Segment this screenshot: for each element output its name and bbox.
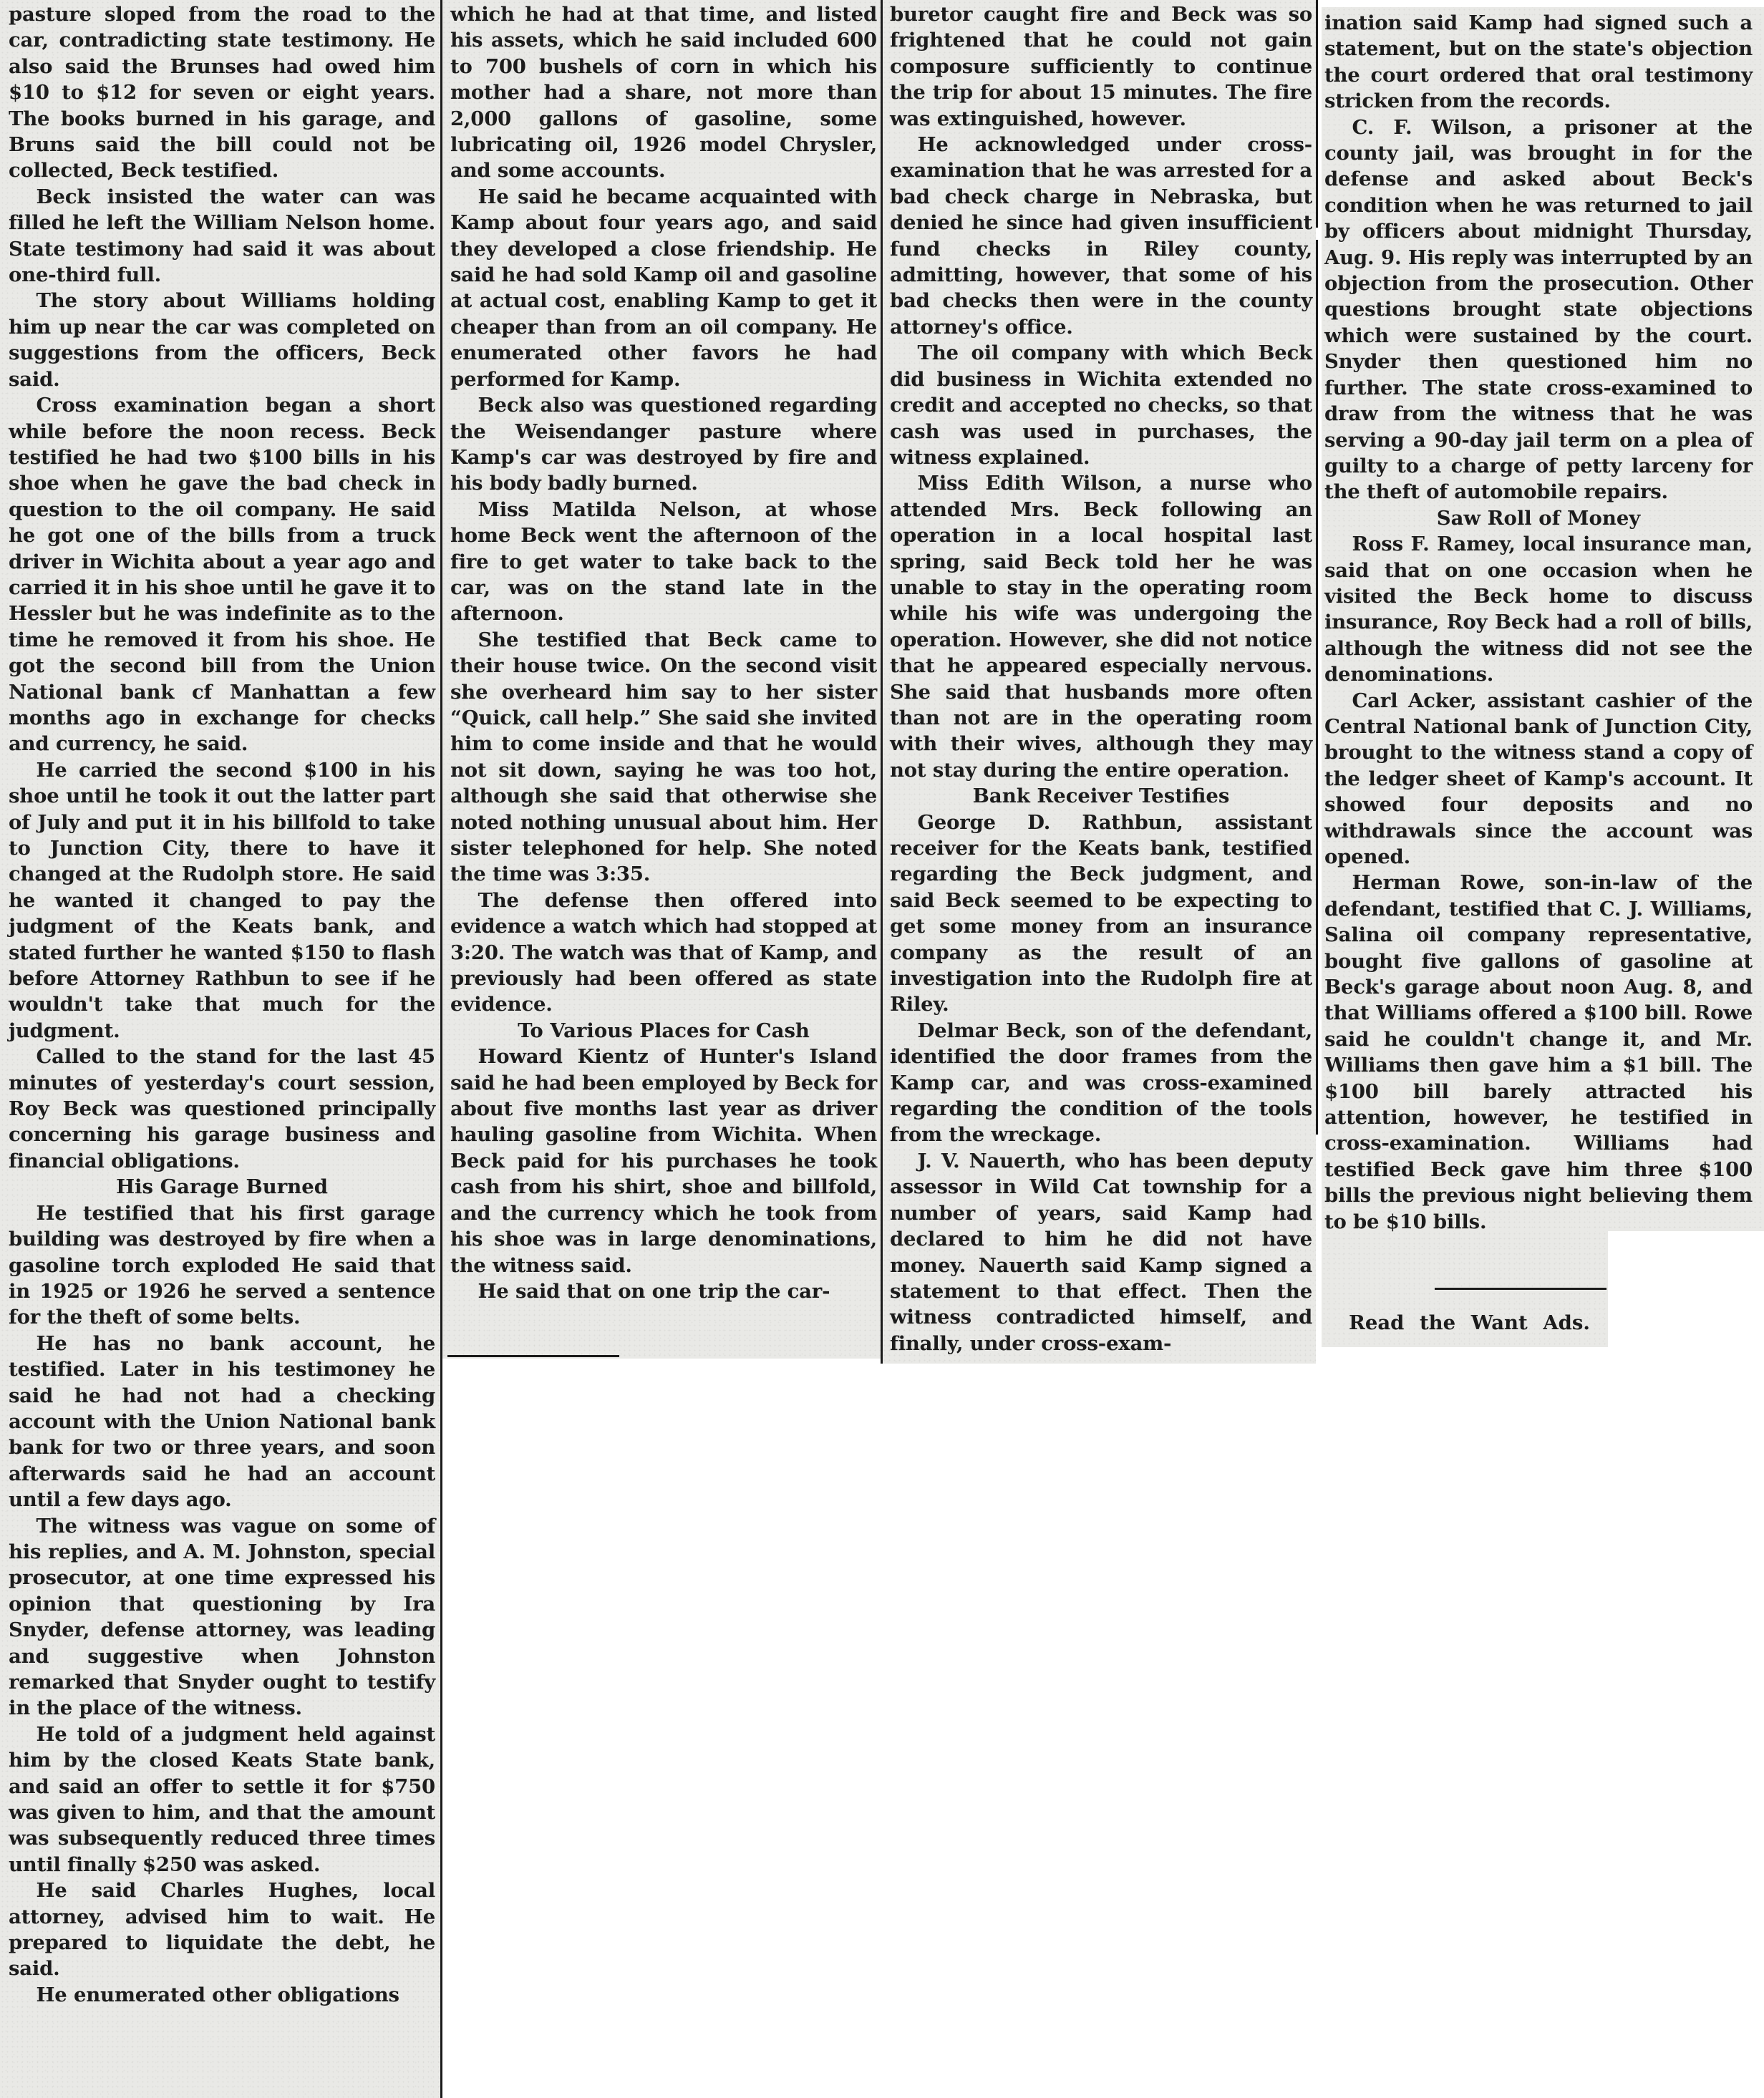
paragraph: He carried the second $100 in his shoe u… — [9, 757, 435, 1044]
article-column-2: which he had at that time, and listed hi… — [450, 1, 877, 1304]
paragraph: Ross F. Ramey, local insurance man, said… — [1324, 531, 1753, 687]
paragraph: J. V. Nauerth, who has been deputy asses… — [890, 1148, 1312, 1356]
paragraph: The witness was vague on some of his rep… — [9, 1513, 435, 1721]
subheading: Saw Roll of Money — [1324, 505, 1753, 531]
paragraph: He acknowledged under cross-examination … — [890, 132, 1312, 340]
paragraph: Miss Matilda Nelson, at whose home Beck … — [450, 497, 877, 627]
continued-paragraph: ination said Kamp had signed such a stat… — [1324, 10, 1753, 115]
paragraph: He has no bank account, he testified. La… — [9, 1331, 435, 1513]
paragraph: The oil company with which Beck did busi… — [890, 340, 1312, 470]
paragraph: George D. Rathbun, assistant receiver fo… — [890, 810, 1312, 1018]
paragraph: The defense then offered into evidence a… — [450, 888, 877, 1018]
paragraph: Beck also was questioned regarding the W… — [450, 392, 877, 497]
paragraph: She testified that Beck came to their ho… — [450, 627, 877, 888]
paragraph: C. F. Wilson, a prisoner at the county j… — [1324, 115, 1753, 505]
article-column-4: ination said Kamp had signed such a stat… — [1324, 10, 1753, 1235]
paragraph: Cross examination began a short while be… — [9, 392, 435, 757]
continued-paragraph: pasture sloped from the road to the car,… — [9, 1, 435, 184]
column-rule — [1316, 0, 1318, 228]
column-rule — [440, 0, 442, 2098]
section-divider-rule — [1435, 1288, 1606, 1290]
subheading: His Garage Burned — [9, 1174, 435, 1200]
paragraph: Carl Acker, assistant cashier of the Cen… — [1324, 688, 1753, 870]
paragraph: Howard Kientz of Hunter's Island said he… — [450, 1044, 877, 1278]
paragraph: Delmar Beck, son of the defendant, ident… — [890, 1018, 1312, 1148]
paragraph: The story about Williams holding him up … — [9, 288, 435, 392]
article-column-1: pasture sloped from the road to the car,… — [9, 1, 435, 2008]
column-rule — [1316, 240, 1318, 1135]
paragraph: He testified that his first garage build… — [9, 1200, 435, 1331]
continued-paragraph: buretor caught fire and Beck was so frig… — [890, 1, 1312, 132]
want-ads-note: Read the Want Ads. — [1349, 1311, 1590, 1334]
continued-paragraph: which he had at that time, and listed hi… — [450, 1, 877, 184]
article-column-3: buretor caught fire and Beck was so frig… — [890, 1, 1312, 1356]
paragraph: He enumerated other obligations — [9, 1982, 435, 2008]
subheading: Bank Receiver Testifies — [890, 783, 1312, 809]
paragraph: Miss Edith Wilson, a nurse who attended … — [890, 470, 1312, 783]
paragraph: Called to the stand for the last 45 minu… — [9, 1044, 435, 1174]
paragraph: Herman Rowe, son-in-law of the defendant… — [1324, 870, 1753, 1235]
paragraph: Beck insisted the water can was filled h… — [9, 184, 435, 288]
column-end-rule — [447, 1355, 619, 1357]
paragraph: He said that on one trip the car- — [450, 1278, 877, 1304]
subheading: To Various Places for Cash — [450, 1018, 877, 1044]
paragraph: He said he became acquainted with Kamp a… — [450, 184, 877, 392]
paragraph: He told of a judgment held against him b… — [9, 1721, 435, 1878]
column-rule — [881, 0, 883, 1364]
paragraph: He said Charles Hughes, local attorney, … — [9, 1878, 435, 1982]
